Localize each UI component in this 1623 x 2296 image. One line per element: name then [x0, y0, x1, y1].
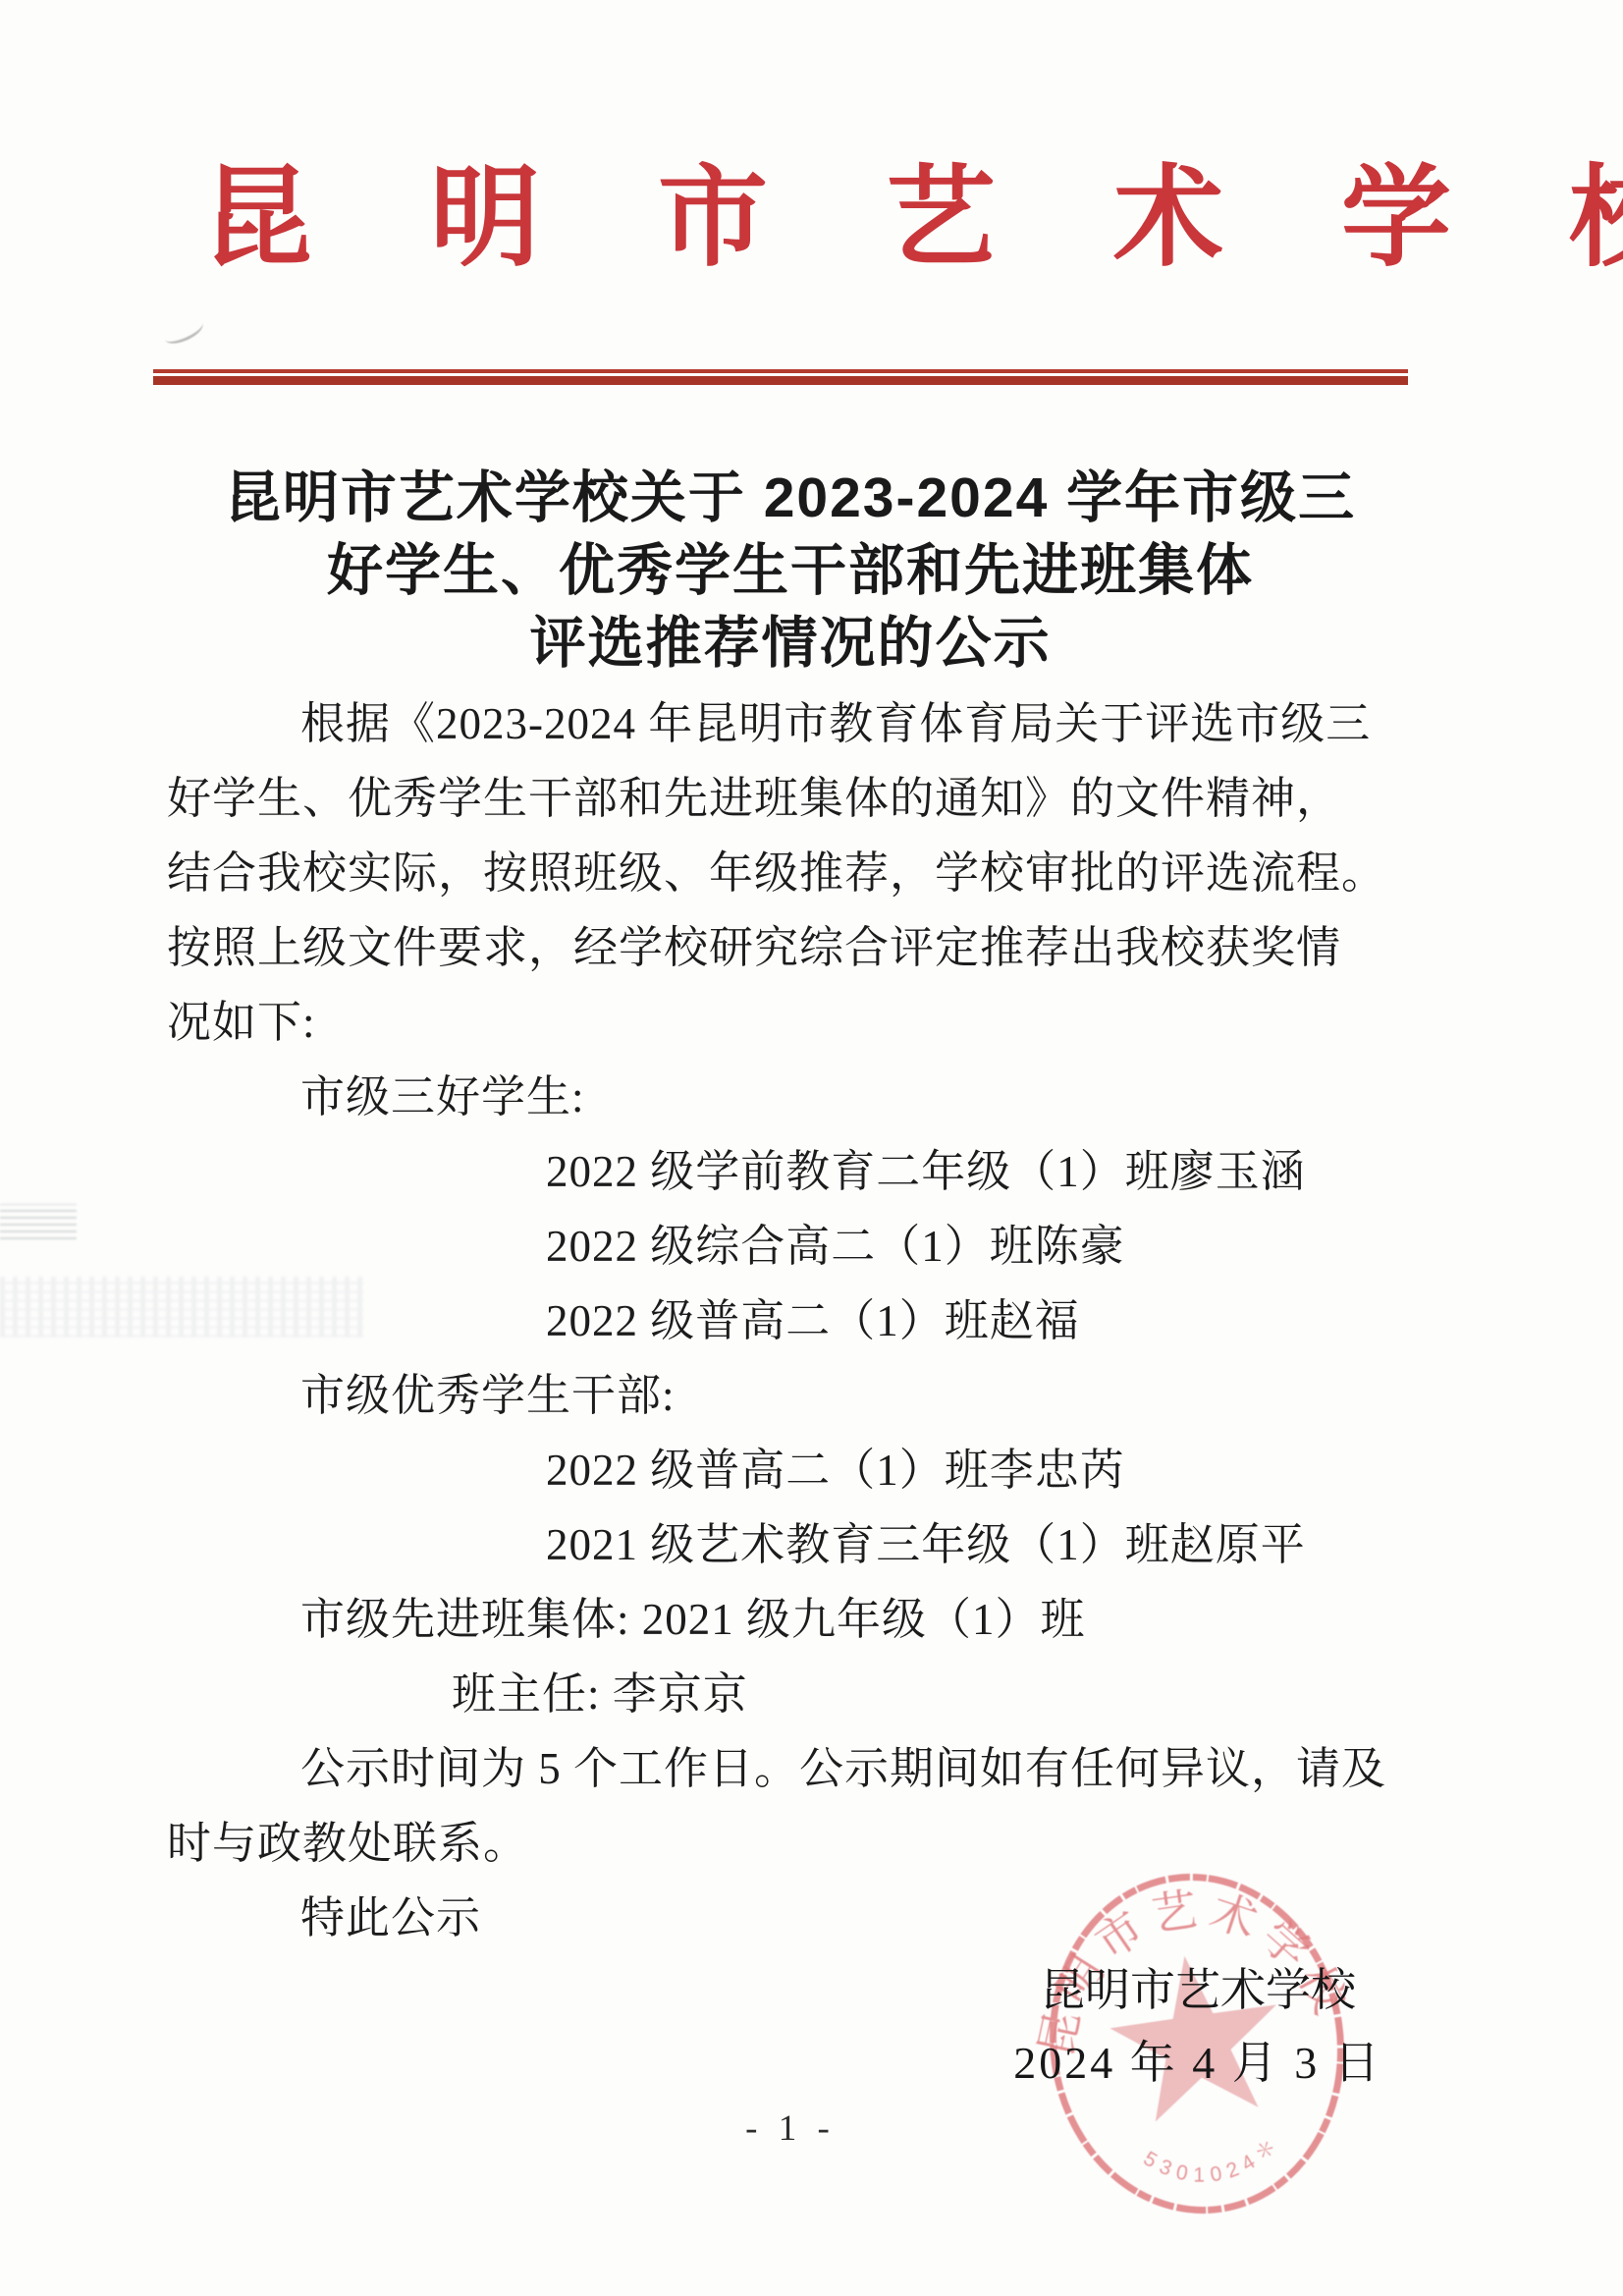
body-line-section-banjiti: 市级先进班集体: 2021 级九年级（1）班 [157, 1582, 1434, 1657]
seal-serial-number: 5301024＊ [1137, 2128, 1290, 2196]
letterhead-school-name: 昆 明 市 艺 术 学 校 [157, 145, 1424, 293]
document-page: 昆 明 市 艺 术 学 校 昆明市艺术学校关于 2023-2024 学年市级三 … [0, 0, 1623, 2296]
divider-thin-line [153, 369, 1408, 373]
body-line-section-youxiu: 市级优秀学生干部: [157, 1358, 1434, 1433]
body-line: 好学生、优秀学生干部和先进班集体的通知》的文件精神， [157, 761, 1434, 836]
title-line-1: 昆明市艺术学校关于 2023-2024 学年市级三 [157, 462, 1424, 534]
body-line-student: 2022 级综合高二（1）班陈豪 [157, 1209, 1434, 1284]
body-line: 况如下: [157, 985, 1434, 1060]
body-line-student: 2022 级普高二（1）班赵福 [157, 1284, 1434, 1358]
body-line: 结合我校实际，按照班级、年级推荐，学校审批的评选流程。 [157, 836, 1434, 910]
scan-artifact [161, 314, 206, 348]
body-line-student: 2022 级学前教育二年级（1）班廖玉涵 [157, 1134, 1434, 1209]
body-line: 根据《2023-2024 年昆明市教育体育局关于评选市级三 [157, 686, 1434, 761]
divider-thick-line [153, 376, 1408, 385]
scan-artifact [0, 1204, 77, 1239]
title-line-2: 好学生、优秀学生干部和先进班集体 [157, 534, 1424, 607]
title-line-3: 评选推荐情况的公示 [157, 607, 1424, 680]
body-line-student: 2021 级艺术教育三年级（1）班赵原平 [157, 1507, 1434, 1582]
body-line: 按照上级文件要求，经学校研究综合评定推荐出我校获奖情 [157, 910, 1434, 985]
body-text: 根据《2023-2024 年昆明市教育体育局关于评选市级三 好学生、优秀学生干部… [157, 686, 1434, 1955]
body-line: 公示时间为 5 个工作日。公示期间如有任何异议，请及 [157, 1731, 1434, 1806]
letterhead-divider [153, 369, 1408, 385]
body-line-banzhuren: 班主任: 李京京 [157, 1657, 1434, 1731]
body-line-section-sanhao: 市级三好学生: [157, 1060, 1434, 1134]
body-line-student: 2022 级普高二（1）班李忠芮 [157, 1433, 1434, 1507]
signature-date: 2024 年 4 月 3 日 [923, 2035, 1473, 2092]
document-title: 昆明市艺术学校关于 2023-2024 学年市级三 好学生、优秀学生干部和先进班… [157, 462, 1424, 680]
signature-school-name: 昆明市艺术学校 [923, 1962, 1473, 2019]
